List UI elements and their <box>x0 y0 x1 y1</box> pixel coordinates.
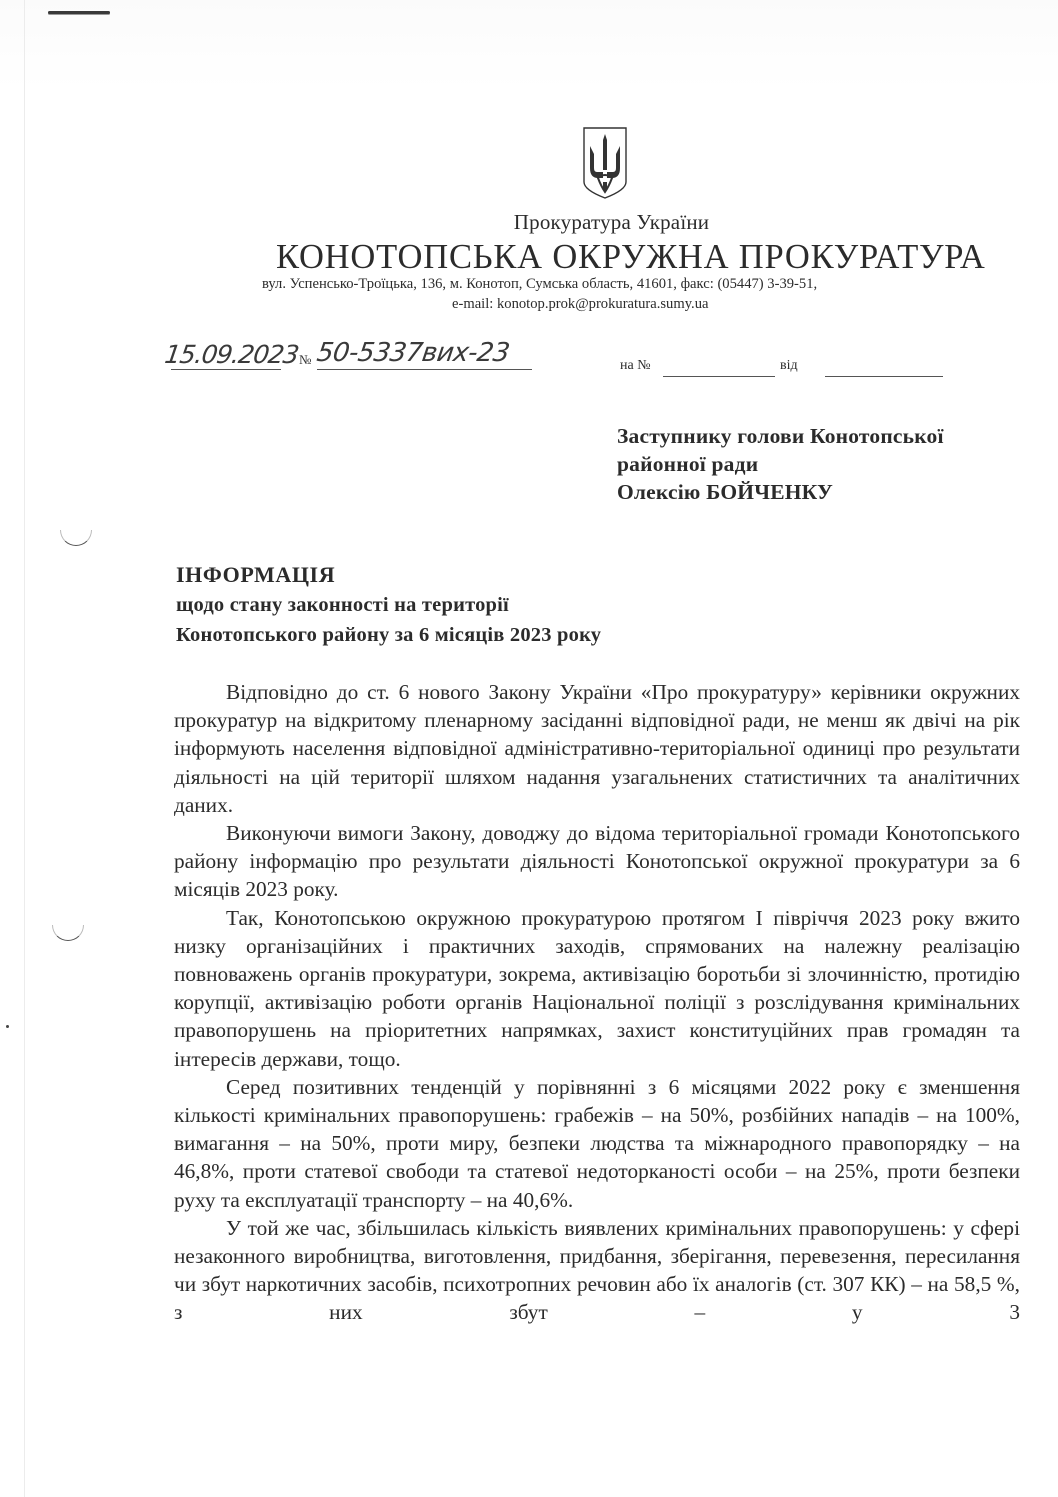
reply-to-number-field <box>663 376 775 377</box>
number-underline <box>317 369 532 370</box>
from-date-field <box>825 376 943 377</box>
letterhead: Прокуратура України <box>0 210 1058 235</box>
document-title-block: ІНФОРМАЦІЯ щодо стану законності на тери… <box>176 560 601 650</box>
organization-email: e-mail: konotop.prok@prokuratura.sumy.ua <box>452 296 708 313</box>
addressee-line: районної ради <box>617 450 944 478</box>
document-page: Прокуратура України КОНОТОПСЬКА ОКРУЖНА … <box>0 0 1058 1497</box>
addressee-block: Заступнику голови Конотопської районної … <box>617 422 944 506</box>
body-paragraph: Серед позитивних тенденцій у порівнянні … <box>174 1073 1020 1214</box>
punch-hole-mark <box>60 530 92 546</box>
document-body: Відповідно до ст. 6 нового Закону Україн… <box>174 678 1020 1327</box>
addressee-line: Заступнику голови Конотопської <box>617 422 944 450</box>
document-subtitle: щодо стану законності на території <box>176 590 601 620</box>
organization-name: КОНОТОПСЬКА ОКРУЖНА ПРОКУРАТУРА <box>276 238 986 277</box>
outgoing-date: 15.09.2023 <box>163 340 300 369</box>
addressee-name: Олексію БОЙЧЕНКУ <box>617 478 944 506</box>
punch-hole-mark <box>52 925 84 941</box>
organization-parent: Прокуратура України <box>165 210 1058 235</box>
ukraine-trident-coat-of-arms-icon <box>582 126 628 200</box>
number-label: № <box>299 352 311 368</box>
document-title: ІНФОРМАЦІЯ <box>176 560 601 590</box>
staple-mark <box>48 11 110 14</box>
registration-row: 15.09.2023 № 50-5337вих-23 на № від <box>165 338 965 382</box>
body-paragraph: Виконуючи вимоги Закону, доводжу до відо… <box>174 819 1020 904</box>
body-paragraph: Так, Конотопською окружною прокуратурою … <box>174 904 1020 1073</box>
document-subtitle: Конотопського району за 6 місяців 2023 р… <box>176 620 601 650</box>
body-paragraph: Відповідно до ст. 6 нового Закону Україн… <box>174 678 1020 819</box>
organization-address: вул. Успенсько-Троїцька, 136, м. Конотоп… <box>262 276 817 293</box>
scan-speck <box>6 1025 9 1028</box>
body-paragraph: У той же час, збільшилась кількість вияв… <box>174 1214 1020 1327</box>
from-label: від <box>780 358 798 374</box>
reply-to-label: на № <box>620 358 651 374</box>
outgoing-number: 50-5337вих-23 <box>315 338 511 368</box>
date-underline <box>171 369 281 370</box>
